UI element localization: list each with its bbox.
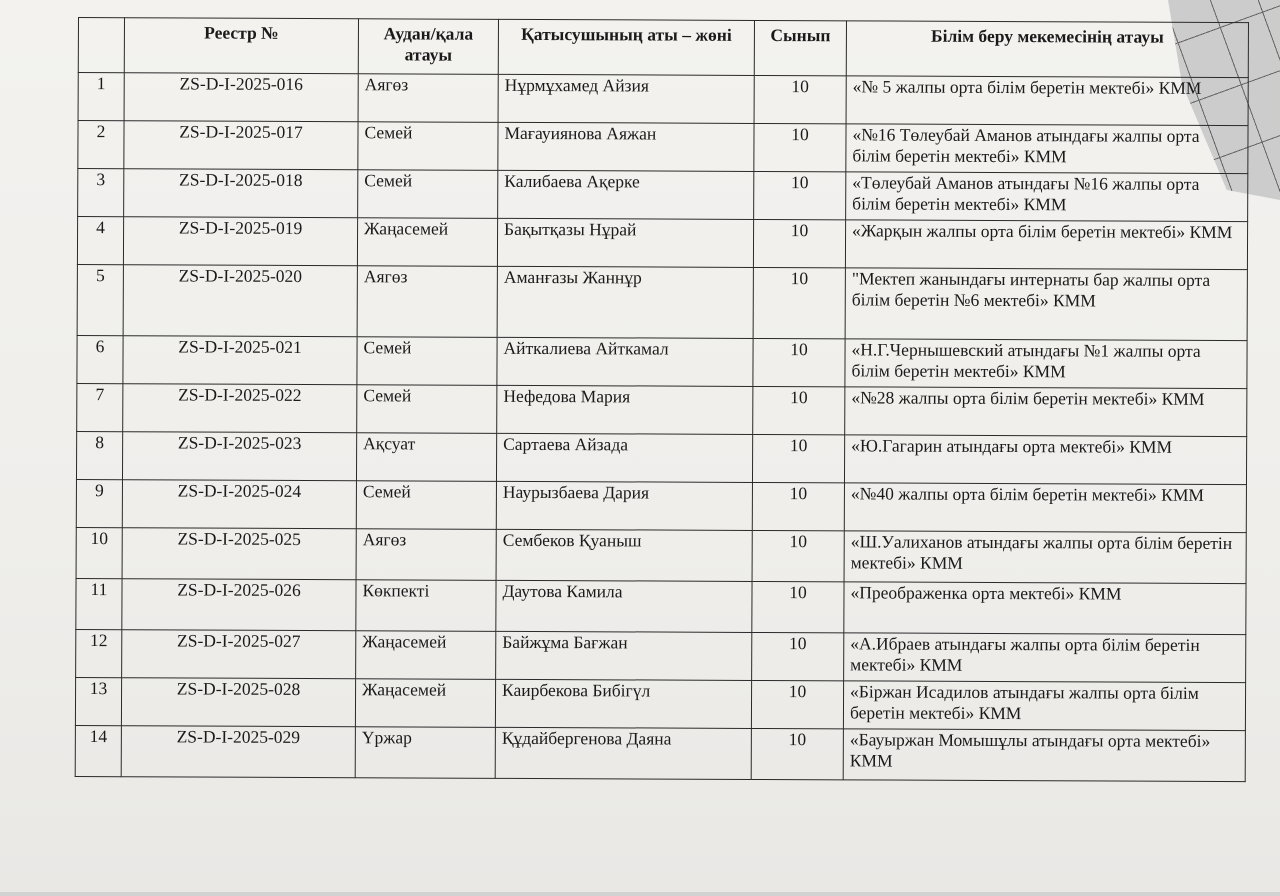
paper-edge bbox=[0, 892, 1280, 896]
participant-name: Нефедова Мария bbox=[497, 385, 753, 434]
grade-value: 10 bbox=[752, 632, 844, 680]
table-row: 4ZS-D-I-2025-019ЖаңасемейБақытқазы Нұрай… bbox=[77, 217, 1247, 270]
district-name: Үржар bbox=[355, 727, 495, 779]
district-name: Аягөз bbox=[357, 266, 497, 338]
district-name: Аягөз bbox=[356, 529, 496, 581]
registry-number: ZS-D-I-2025-017 bbox=[124, 121, 358, 170]
table-row: 13ZS-D-I-2025-028ЖаңасемейКаирбекова Биб… bbox=[75, 677, 1245, 730]
row-number: 2 bbox=[78, 121, 124, 169]
registry-table: Реестр № Аудан/қала атауы Қатысушының ат… bbox=[75, 17, 1249, 782]
participant-name: Құдайбергенова Даяна bbox=[495, 727, 751, 779]
registry-number: ZS-D-I-2025-020 bbox=[123, 265, 357, 337]
registry-number: ZS-D-I-2025-026 bbox=[122, 579, 356, 631]
registry-number: ZS-D-I-2025-021 bbox=[123, 336, 357, 385]
district-name: Семей bbox=[358, 122, 498, 171]
table-row: 11ZS-D-I-2025-026КөкпектіДаутова Камила1… bbox=[76, 578, 1246, 634]
grade-value: 10 bbox=[752, 581, 844, 632]
school-name: «№16 Төлеубай Аманов атындағы жалпы орта… bbox=[846, 124, 1248, 174]
row-number: 7 bbox=[77, 383, 123, 431]
registry-number: ZS-D-I-2025-023 bbox=[122, 432, 356, 481]
table-row: 5ZS-D-I-2025-020АягөзАманғазы Жаннұр10"М… bbox=[77, 264, 1247, 340]
school-name: «Төлеубай Аманов атындағы №16 жалпы орта… bbox=[846, 172, 1248, 222]
row-number: 5 bbox=[77, 264, 123, 335]
table-row: 7ZS-D-I-2025-022СемейНефедова Мария10«№2… bbox=[77, 383, 1247, 436]
header-school: Білім беру мекемесінің атауы bbox=[846, 21, 1248, 78]
table-row: 3ZS-D-I-2025-018СемейКалибаева Ақерке10«… bbox=[78, 169, 1248, 222]
grade-value: 10 bbox=[751, 680, 843, 728]
registry-number: ZS-D-I-2025-029 bbox=[121, 726, 355, 778]
row-number: 1 bbox=[78, 73, 124, 121]
district-name: Көкпекті bbox=[356, 580, 496, 632]
grade-value: 10 bbox=[752, 434, 844, 482]
school-name: «Преображенка орта мектебі» КММ bbox=[844, 582, 1246, 635]
school-name: «А.Ибраев атындағы жалпы орта білім бере… bbox=[844, 633, 1246, 683]
row-number: 8 bbox=[76, 431, 122, 479]
table-row: 1ZS-D-I-2025-016АягөзНұрмұхамед Айзия10«… bbox=[78, 73, 1248, 126]
header-participant: Қатысушының аты – жөні bbox=[498, 19, 754, 75]
participant-name: Нұрмұхамед Айзия bbox=[498, 74, 754, 123]
participant-name: Каирбекова Бибігүл bbox=[495, 679, 751, 728]
school-name: «Жарқын жалпы орта білім беретін мектебі… bbox=[845, 220, 1247, 270]
participant-name: Байжұма Бағжан bbox=[496, 631, 752, 680]
registry-number: ZS-D-I-2025-019 bbox=[123, 217, 357, 266]
school-name: «№40 жалпы орта білім беретін мектебі» К… bbox=[844, 483, 1246, 533]
grade-value: 10 bbox=[753, 386, 845, 434]
table-row: 2ZS-D-I-2025-017СемейМағауиянова Аяжан10… bbox=[78, 121, 1248, 174]
school-name: «Ш.Уалиханов атындағы жалпы орта білім б… bbox=[844, 531, 1246, 584]
row-number: 12 bbox=[76, 629, 122, 677]
registry-number: ZS-D-I-2025-025 bbox=[122, 528, 356, 580]
school-name: «№ 5 жалпы орта білім беретін мектебі» К… bbox=[846, 76, 1248, 126]
district-name: Семей bbox=[356, 481, 496, 530]
row-number: 14 bbox=[75, 725, 121, 776]
header-registry: Реестр № bbox=[124, 18, 358, 74]
district-name: Семей bbox=[357, 385, 497, 434]
participant-name: Сартаева Айзада bbox=[496, 433, 752, 482]
district-name: Аягөз bbox=[358, 74, 498, 123]
table-row: 10ZS-D-I-2025-025АягөзСембеков Қуаныш10«… bbox=[76, 527, 1246, 583]
grade-value: 10 bbox=[754, 123, 846, 171]
grade-value: 10 bbox=[752, 482, 844, 530]
registry-number: ZS-D-I-2025-024 bbox=[122, 480, 356, 529]
table-row: 8ZS-D-I-2025-023АқсуатСартаева Айзада10«… bbox=[76, 431, 1246, 484]
grade-value: 10 bbox=[754, 171, 846, 219]
school-name: "Мектеп жанындағы интернаты бар жалпы ор… bbox=[845, 268, 1247, 341]
district-name: Семей bbox=[358, 170, 498, 219]
school-name: «Ю.Гагарин атындағы орта мектебі» КММ bbox=[844, 435, 1246, 485]
header-district: Аудан/қала атауы bbox=[358, 19, 498, 75]
grade-value: 10 bbox=[752, 530, 844, 581]
table-row: 12ZS-D-I-2025-027ЖаңасемейБайжұма Бағжан… bbox=[76, 629, 1246, 682]
row-number: 10 bbox=[76, 527, 122, 578]
district-name: Семей bbox=[357, 337, 497, 386]
district-name: Жаңасемей bbox=[357, 218, 497, 267]
grade-value: 10 bbox=[754, 75, 846, 123]
row-number: 11 bbox=[76, 578, 122, 629]
grade-value: 10 bbox=[753, 338, 845, 386]
district-name: Жаңасемей bbox=[355, 679, 495, 728]
grade-value: 10 bbox=[753, 267, 845, 338]
participant-name: Айткалиева Айткамал bbox=[497, 337, 753, 386]
registry-number: ZS-D-I-2025-028 bbox=[121, 678, 355, 727]
grade-value: 10 bbox=[753, 219, 845, 267]
registry-number: ZS-D-I-2025-018 bbox=[124, 169, 358, 218]
participant-name: Бақытқазы Нұрай bbox=[497, 218, 753, 267]
participant-name: Наурызбаева Дария bbox=[496, 481, 752, 530]
registry-number: ZS-D-I-2025-022 bbox=[123, 384, 357, 433]
row-number: 3 bbox=[78, 169, 124, 217]
registry-number: ZS-D-I-2025-027 bbox=[122, 630, 356, 679]
participant-name: Калибаева Ақерке bbox=[498, 170, 754, 219]
table-row: 9ZS-D-I-2025-024СемейНаурызбаева Дария10… bbox=[76, 479, 1246, 532]
school-name: «Н.Г.Чернышевский атындағы №1 жалпы орта… bbox=[845, 339, 1247, 389]
participant-name: Сембеков Қуаныш bbox=[496, 529, 752, 581]
row-number: 6 bbox=[77, 335, 123, 383]
table-row: 6ZS-D-I-2025-021СемейАйткалиева Айткамал… bbox=[77, 335, 1247, 388]
header-grade: Сынып bbox=[754, 20, 846, 75]
registry-number: ZS-D-I-2025-016 bbox=[124, 73, 358, 122]
header-number bbox=[78, 18, 124, 73]
school-name: «№28 жалпы орта білім беретін мектебі» К… bbox=[845, 387, 1247, 437]
participant-name: Мағауиянова Аяжан bbox=[498, 122, 754, 171]
table-body: 1ZS-D-I-2025-016АягөзНұрмұхамед Айзия10«… bbox=[75, 73, 1248, 782]
row-number: 13 bbox=[75, 677, 121, 725]
table-row: 14ZS-D-I-2025-029ҮржарҚұдайбергенова Дая… bbox=[75, 725, 1245, 781]
district-name: Ақсуат bbox=[356, 433, 496, 482]
row-number: 9 bbox=[76, 479, 122, 527]
grade-value: 10 bbox=[751, 728, 843, 779]
table-header-row: Реестр № Аудан/қала атауы Қатысушының ат… bbox=[78, 18, 1248, 78]
row-number: 4 bbox=[77, 217, 123, 265]
school-name: «Біржан Исадилов атындағы жалпы орта біл… bbox=[843, 681, 1245, 731]
district-name: Жаңасемей bbox=[356, 631, 496, 680]
participant-name: Аманғазы Жаннұр bbox=[497, 266, 753, 338]
school-name: «Бауыржан Момышұлы атындағы орта мектебі… bbox=[843, 729, 1245, 782]
participant-name: Даутова Камила bbox=[496, 580, 752, 632]
